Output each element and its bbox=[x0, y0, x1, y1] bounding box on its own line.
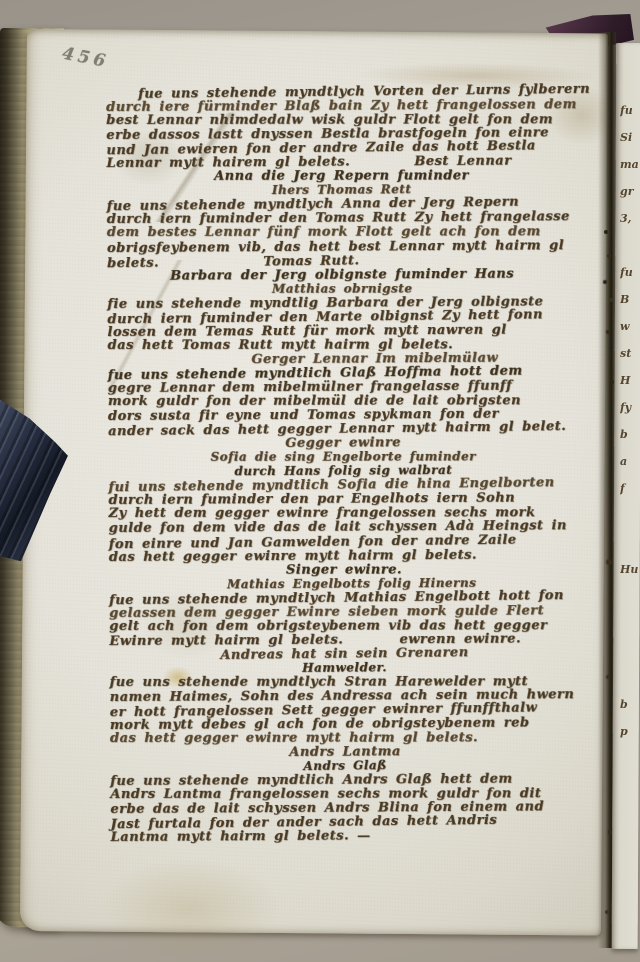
adjacent-page-fragment: f bbox=[620, 482, 640, 509]
adjacent-page-fragment: ma bbox=[620, 158, 640, 185]
adjacent-page-fragment: fu bbox=[620, 266, 640, 293]
manuscript-heading-line: Barbara der Jerg olbignste fuminder Hans bbox=[107, 266, 577, 283]
adjacent-page-fragment: Si bbox=[620, 131, 640, 158]
adjacent-page-fragment: H bbox=[620, 374, 640, 401]
adjacent-page-fragment: gr bbox=[620, 185, 640, 212]
adjacent-page-fragment bbox=[620, 671, 640, 698]
adjacent-page-fragment bbox=[620, 536, 640, 563]
adjacent-page-fragment: st bbox=[620, 347, 640, 374]
adjacent-page-fragment: b bbox=[620, 428, 640, 455]
manuscript-text-block: fue uns stehende myndtlych Vorten der Lu… bbox=[106, 83, 581, 844]
adjacent-page-fragment: 3, bbox=[620, 212, 640, 239]
adjacent-page-fragment: a bbox=[620, 455, 640, 482]
adjacent-page-fragment: w bbox=[620, 320, 640, 347]
adjacent-page-fragment: b bbox=[620, 698, 640, 725]
adjacent-page-fragment: p bbox=[620, 725, 640, 752]
adjacent-page-fragment: B bbox=[620, 293, 640, 320]
adjacent-page-fragment: fu bbox=[620, 104, 640, 131]
manuscript-text-line: das hett gegger ewinre mytt hairm gl bel… bbox=[109, 547, 579, 564]
adjacent-page-text-fragments: fuSimagr3,fuBwstHfybafHubp bbox=[620, 104, 640, 804]
adjacent-page-fragment: fy bbox=[620, 401, 640, 428]
gutter-ink-specks bbox=[604, 230, 608, 234]
adjacent-page-fragment bbox=[620, 617, 640, 644]
adjacent-page-fragment bbox=[620, 644, 640, 671]
adjacent-page-fragment bbox=[620, 590, 640, 617]
adjacent-page-fragment bbox=[620, 509, 640, 536]
manuscript-text-line: gelassen dem gegger Ewinre sieben mork g… bbox=[109, 603, 579, 620]
adjacent-page-fragment bbox=[620, 239, 640, 266]
adjacent-page-fragment: Hu bbox=[620, 563, 640, 590]
manuscript-photo: 456 fue uns stehende myndtlych Vorten de… bbox=[0, 0, 640, 962]
manuscript-text-line: Lantma mytt hairm gl belets. — bbox=[111, 828, 581, 845]
